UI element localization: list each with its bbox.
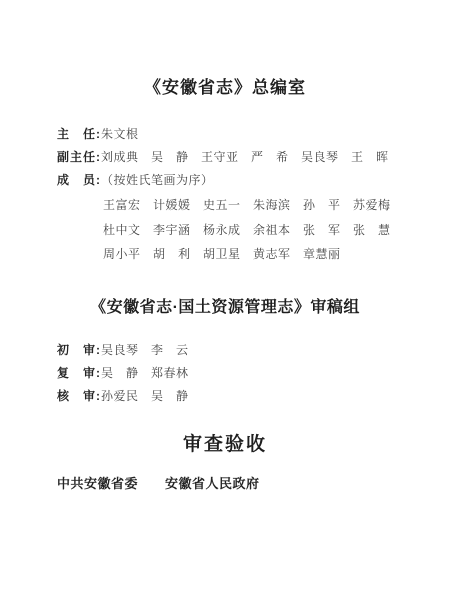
- second-review-names: 吴 静 郑春林: [101, 366, 189, 380]
- first-review-names: 吴良琴 李 云: [101, 343, 189, 357]
- director-label: 主 任:: [57, 127, 101, 141]
- members-label: 成 员:: [57, 173, 101, 187]
- director-row: 主 任:朱文根: [57, 123, 450, 146]
- document-page: 《安徽省志》总编室 主 任:朱文根 副主任:刘成典 吴 静 王守亚 严 希 吴良…: [0, 0, 450, 610]
- members-row-2: 杜中文 李宇涵 杨永成 余祖本 张 军 张 慧: [103, 218, 450, 243]
- members-list: 王富宏 计媛媛 史五一 朱海滨 孙 平 苏爱梅 杜中文 李宇涵 杨永成 余祖本 …: [103, 193, 450, 267]
- members-sort-note: （按姓氏笔画为序）: [101, 173, 214, 187]
- members-row-3: 周小平 胡 利 胡卫星 黄志军 章慧丽: [103, 242, 450, 267]
- editorial-office-title: 《安徽省志》总编室: [0, 0, 450, 98]
- first-review-row: 初 审:吴良琴 李 云: [57, 339, 450, 362]
- acceptance-organizations: 中共安徽省委 安徽省人民政府: [57, 473, 450, 492]
- review-group-credits: 初 审:吴良琴 李 云 复 审:吴 静 郑春林 核 审:孙爱民 吴 静: [57, 339, 450, 408]
- editorial-office-credits: 主 任:朱文根 副主任:刘成典 吴 静 王守亚 严 希 吴良琴 王 晖 成 员:…: [57, 123, 450, 192]
- review-group-title: 《安徽省志·国土资源管理志》审稿组: [0, 267, 450, 317]
- deputy-director-label: 副主任:: [57, 150, 101, 164]
- director-names: 朱文根: [101, 127, 139, 141]
- second-review-label: 复 审:: [57, 366, 101, 380]
- members-row-1: 王富宏 计媛媛 史五一 朱海滨 孙 平 苏爱梅: [103, 193, 450, 218]
- members-label-row: 成 员:（按姓氏笔画为序）: [57, 169, 450, 192]
- first-review-label: 初 审:: [57, 343, 101, 357]
- deputy-director-row: 副主任:刘成典 吴 静 王守亚 严 希 吴良琴 王 晖: [57, 146, 450, 169]
- final-review-row: 核 审:孙爱民 吴 静: [57, 385, 450, 408]
- final-review-names: 孙爱民 吴 静: [101, 389, 189, 403]
- second-review-row: 复 审:吴 静 郑春林: [57, 362, 450, 385]
- final-review-label: 核 审:: [57, 389, 101, 403]
- acceptance-title: 审查验收: [0, 408, 450, 456]
- deputy-director-names: 刘成典 吴 静 王守亚 严 希 吴良琴 王 晖: [101, 150, 389, 164]
